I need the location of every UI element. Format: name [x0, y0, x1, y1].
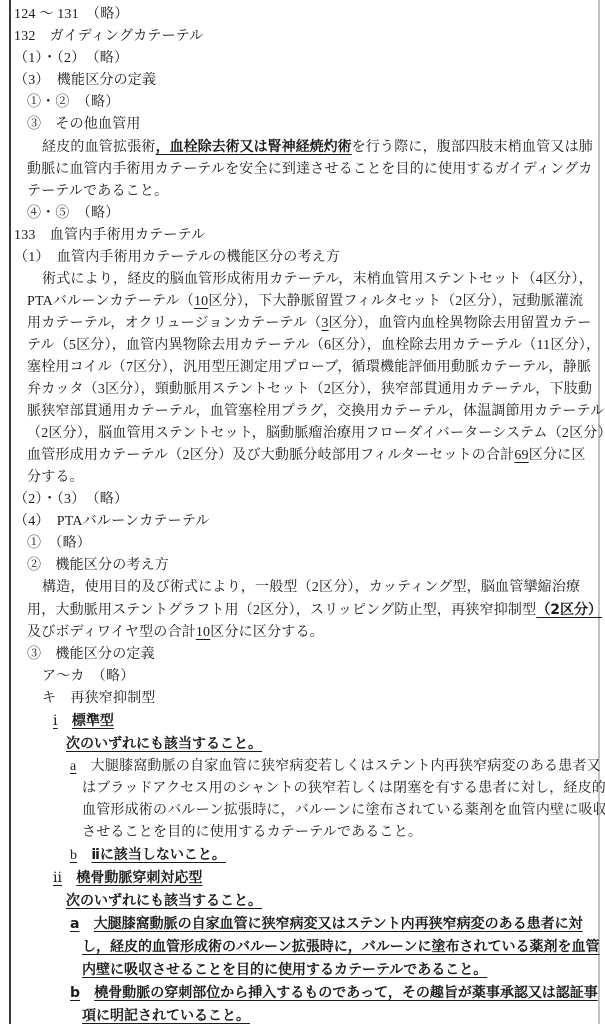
- text-segment: キ 再狭窄抑制型: [42, 691, 156, 706]
- text-segment: ①・② （略）: [27, 95, 119, 110]
- text-segment: 用，大動脈用ステントグラフト用（2区分），スリッピング防止型，再狭窄抑制型: [27, 603, 536, 618]
- doc-line: 動脈に血管内手術用カテーテルを安全に到達させることを目的に使用するガイディングカ: [0, 159, 595, 181]
- doc-line: 次のいずれにも該当すること。: [0, 733, 595, 756]
- text-segment: 132 ガイディングカテーテル: [14, 29, 203, 44]
- doc-line: ③ 機能区分の定義: [0, 644, 595, 666]
- text-segment: 血管形成用カテーテル（2区分）及び大動脈分岐部用フィルターセットの合計: [27, 448, 514, 463]
- text-segment: ④・⑤ （略）: [27, 206, 119, 221]
- doc-line: 項に明記されていること。: [0, 1005, 595, 1024]
- doc-line: （1） 血管内手術用カテーテルの機能区分の考え方: [0, 247, 595, 269]
- doc-line: 脈狭窄部貫通用カテーテル，血管塞栓用プラグ，交換用カテーテル，体温調節用カテーテ…: [0, 401, 595, 423]
- text-segment: 術式により，経皮的脳血管形成術用カテーテル，末梢血管用ステントセット（4区分），: [42, 272, 593, 287]
- text-segment: 経皮的血管拡張術: [42, 140, 156, 155]
- doc-line: ①・② （略）: [0, 92, 595, 114]
- text-segment: （1） 血管内手術用カテーテルの機能区分の考え方: [14, 250, 340, 265]
- text-segment: ③ 機能区分の定義: [27, 647, 155, 662]
- doc-line: キ 再狭窄抑制型: [0, 688, 595, 710]
- text-segment: テル（5区分），血管内異物除去用カテーテル（6区分），血栓除去用カテーテル（11…: [27, 338, 600, 353]
- doc-line: ⅱ 橈骨動脈穿刺対応型: [0, 867, 595, 890]
- emphasized-text-segment: 10: [194, 294, 208, 309]
- text-segment: はブラッドアクセス用のシャントの狭窄若しくは閉塞を有する患者に対し，経皮的: [82, 781, 605, 796]
- doc-line: 用，大動脈用ステントグラフト用（2区分），スリッピング防止型，再狭窄抑制型（2区…: [0, 599, 595, 622]
- doc-line: ④・⑤ （略）: [0, 203, 595, 225]
- emphasized-text-segment: 3: [321, 316, 328, 331]
- doc-line: PTAバルーンカテーテル（10区分），下大静脈留置フィルタセット（2区分），冠動…: [0, 291, 595, 313]
- text-segment: 区分に区: [529, 448, 586, 463]
- text-segment: テーテルであること。: [27, 184, 168, 199]
- doc-line: 用カテーテル，オクリュージョンカテーテル（3区分），血管内血栓異物除去用留置カテ…: [0, 313, 595, 335]
- text-segment: を行う際に，腹部四肢末梢血管又は肺: [352, 140, 593, 155]
- emphasized-text-segment: 項に明記されていること。: [82, 1008, 250, 1024]
- emphasized-text-segment: 10: [196, 625, 210, 640]
- text-segment: させることを目的に使用するカテーテルであること。: [82, 825, 422, 840]
- document-page: 124 ～ 131 （略）132 ガイディングカテーテル（1）・（2） （略）（…: [0, 0, 605, 1024]
- emphasized-text-segment: 次のいずれにも該当すること。: [66, 736, 262, 752]
- emphasized-text-segment: 橈骨動脈の穿刺部位から挿入するものであって，その趣旨が薬事承認又は認証事: [94, 985, 598, 1001]
- text-segment: ア～カ （略）: [42, 669, 134, 684]
- text-segment: 構造，使用目的及び術式により，一般型（2区分），カッティング型，脳血管攣縮治療: [42, 580, 580, 595]
- text-segment: [80, 986, 94, 1001]
- text-segment: （4） PTAバルーンカテーテル: [14, 514, 210, 529]
- doc-line: a 大腿膝窩動脈の自家血管に狭窄病変若しくはステント内再狭窄病変のある患者又: [0, 756, 595, 778]
- text-segment: ③ その他血管用: [27, 117, 141, 132]
- doc-line: （2）・（3） （略）: [0, 489, 595, 511]
- doc-line: ② 機能区分の考え方: [0, 555, 595, 577]
- doc-line: 次のいずれにも該当すること。: [0, 890, 595, 913]
- emphasized-text-segment: ，血栓除去術又は腎神経焼灼術: [156, 139, 352, 155]
- text-segment: （3） 機能区分の定義: [14, 73, 156, 88]
- doc-line: 構造，使用目的及び術式により，一般型（2区分），カッティング型，脳血管攣縮治療: [0, 577, 595, 599]
- text-segment: 動脈に血管内手術用カテーテルを安全に到達させることを目的に使用するガイディングカ: [27, 162, 592, 177]
- emphasized-text-segment: 標準型: [72, 713, 114, 729]
- text-segment: ② 機能区分の考え方: [27, 558, 169, 573]
- text-segment: [58, 714, 72, 729]
- doc-line: （1）・（2） （略）: [0, 48, 595, 70]
- emphasized-text-segment: 内壁に吸収させることを目的に使用するカテーテルであること。: [82, 962, 487, 978]
- text-segment: 分する。: [27, 470, 84, 485]
- text-segment: PTAバルーンカテーテル（: [27, 294, 194, 309]
- doc-line: b 橈骨動脈の穿刺部位から挿入するものであって，その趣旨が薬事承認又は認証事: [0, 982, 595, 1005]
- doc-line: b ⅱに該当しないこと。: [0, 844, 595, 867]
- doc-line: ③ その他血管用: [0, 114, 595, 136]
- doc-line: 血管形成用カテーテル（2区分）及び大動脈分岐部用フィルターセットの合計69区分に…: [0, 445, 595, 467]
- doc-line: 血管形成術のバルーン拡張時に，バルーンに塗布されている薬剤を血管内壁に吸収: [0, 800, 595, 822]
- text-segment: ① （略）: [27, 536, 91, 551]
- text-segment: 区分），下大静脈留置フィルタセット（2区分），冠動脈灌流: [208, 294, 583, 309]
- doc-line: 分する。: [0, 467, 595, 489]
- doc-line: テーテルであること。: [0, 181, 595, 203]
- emphasized-text-segment: ⅱ: [53, 871, 62, 886]
- doc-line: （4） PTAバルーンカテーテル: [0, 511, 595, 533]
- doc-line: ⅰ 標準型: [0, 710, 595, 733]
- text-segment: 用カテーテル，オクリュージョンカテーテル（: [27, 316, 321, 331]
- text-segment: 大腿膝窩動脈の自家血管に狭窄病変若しくはステント内再狭窄病変のある患者又: [76, 759, 600, 774]
- emphasized-text-segment: b: [70, 985, 80, 1001]
- doc-line: 経皮的血管拡張術，血栓除去術又は腎神経焼灼術を行う際に，腹部四肢末梢血管又は肺: [0, 136, 595, 159]
- text-segment: 及びボディワイヤ型の合計: [27, 625, 196, 640]
- emphasized-text-segment: 69: [514, 448, 528, 463]
- emphasized-text-segment: （2区分）: [536, 602, 602, 618]
- text-segment: [79, 917, 93, 932]
- doc-line: 124 ～ 131 （略）: [0, 4, 595, 26]
- doc-line: はブラッドアクセス用のシャントの狭窄若しくは閉塞を有する患者に対し，経皮的: [0, 778, 595, 800]
- doc-line: 術式により，経皮的脳血管形成術用カテーテル，末梢血管用ステントセット（4区分），: [0, 269, 595, 291]
- text-segment: 区分），血管内血栓異物除去用留置カテー: [329, 316, 592, 331]
- doc-line: （2区分），脳血管用ステントセット，脳動脈瘤治療用フローダイバーターシステム（2…: [0, 423, 595, 445]
- emphasized-text-segment: し，経皮的血管形成術のバルーン拡張時に，バルーンに塗布されている薬剤を血管: [82, 939, 599, 955]
- doc-line: 及びボディワイヤ型の合計10区分に区分する。: [0, 622, 595, 644]
- text-segment: 区分に区分する。: [210, 625, 324, 640]
- doc-line: 塞栓用コイル（7区分），汎用型圧測定用プローブ，循環機能評価用動脈カテーテル，静…: [0, 357, 595, 379]
- text-segment: [62, 871, 76, 886]
- text-segment: （2）・（3） （略）: [14, 492, 128, 507]
- emphasized-text-segment: 橈骨動脈穿刺対応型: [76, 870, 202, 886]
- doc-line: し，経皮的血管形成術のバルーン拡張時に，バルーンに塗布されている薬剤を血管: [0, 936, 595, 959]
- text-segment: 脈狭窄部貫通用カテーテル，血管塞栓用プラグ，交換用カテーテル，体温調節用カテーテ…: [27, 404, 604, 419]
- doc-line: 133 血管内手術用カテーテル: [0, 225, 595, 247]
- document-body: 124 ～ 131 （略）132 ガイディングカテーテル（1）・（2） （略）（…: [0, 4, 595, 1024]
- text-segment: 133 血管内手術用カテーテル: [14, 228, 205, 243]
- text-segment: [77, 848, 91, 863]
- emphasized-text-segment: 次のいずれにも該当すること。: [66, 893, 262, 909]
- doc-line: （3） 機能区分の定義: [0, 70, 595, 92]
- text-segment: 124 ～ 131 （略）: [14, 7, 129, 22]
- doc-line: させることを目的に使用するカテーテルであること。: [0, 822, 595, 844]
- doc-line: ① （略）: [0, 533, 595, 555]
- doc-line: a 大腿膝窩動脈の自家血管に狭窄病変又はステント内再狭窄病変のある患者に対: [0, 913, 595, 936]
- text-segment: 塞栓用コイル（7区分），汎用型圧測定用プローブ，循環機能評価用動脈カテーテル，静…: [27, 360, 591, 375]
- table-right-border-rule: [598, 0, 600, 1024]
- doc-line: ア～カ （略）: [0, 666, 595, 688]
- doc-line: 弁カッタ（3区分），頸動脈用ステントセット（2区分），狭窄部貫通用カテーテル，下…: [0, 379, 595, 401]
- doc-line: 132 ガイディングカテーテル: [0, 26, 595, 48]
- text-segment: （1）・（2） （略）: [14, 51, 128, 66]
- doc-line: 内壁に吸収させることを目的に使用するカテーテルであること。: [0, 959, 595, 982]
- emphasized-text-segment: 大腿膝窩動脈の自家血管に狭窄病変又はステント内再狭窄病変のある患者に対: [94, 916, 583, 932]
- text-segment: 弁カッタ（3区分），頸動脈用ステントセット（2区分），狭窄部貫通用カテーテル，下…: [27, 382, 592, 397]
- doc-line: テル（5区分），血管内異物除去用カテーテル（6区分），血栓除去用カテーテル（11…: [0, 335, 595, 357]
- text-segment: 血管形成術のバルーン拡張時に，バルーンに塗布されている薬剤を血管内壁に吸収: [82, 803, 605, 818]
- emphasized-text-segment: ⅱに該当しないこと。: [91, 847, 226, 863]
- text-segment: （2区分），脳血管用ステントセット，脳動脈瘤治療用フローダイバーターシステム（2…: [27, 426, 605, 441]
